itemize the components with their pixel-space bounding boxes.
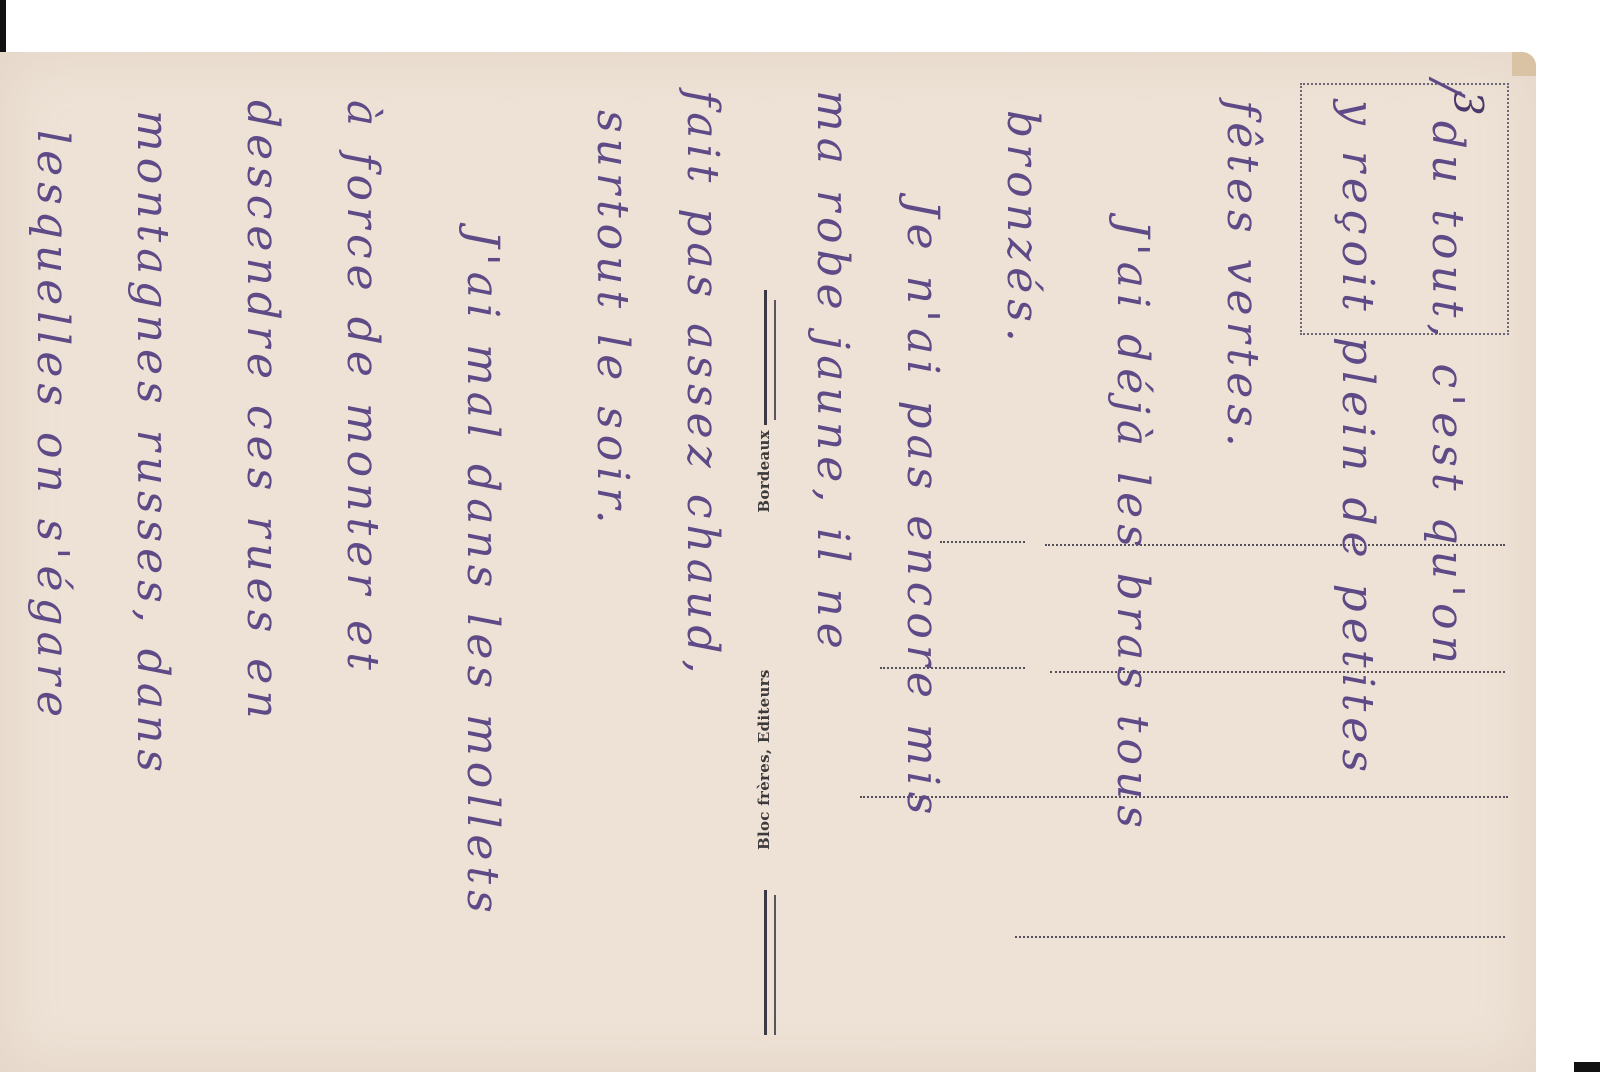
- scan-edge: [1574, 1062, 1600, 1072]
- handwriting-line: bronzés.: [1000, 110, 1044, 348]
- handwriting-line: à force de monter et: [340, 100, 384, 676]
- divider-line: [774, 895, 776, 1035]
- divider-line: [774, 300, 776, 420]
- handwriting-line: descendre ces rues en: [240, 100, 284, 725]
- divider-line: [764, 290, 767, 425]
- address-line: [860, 796, 1508, 798]
- scan-edge: [0, 0, 6, 52]
- handwriting-line: J'ai déjà les bras tous: [1110, 220, 1154, 834]
- handwriting-line: fait pas assez chaud,: [680, 90, 724, 680]
- address-line: [940, 541, 1025, 543]
- handwriting-line: montagnes russes, dans: [130, 110, 174, 778]
- handwriting-line: J'ai mal dans les mollets: [460, 230, 504, 919]
- address-line: [1015, 936, 1505, 938]
- handwriting-line: fêtes vertes.: [1220, 100, 1264, 453]
- handwriting-line: Je n'ai pas encore mis: [900, 200, 944, 820]
- divider-line: [764, 890, 767, 1035]
- handwriting-line: lesquelles on s'égare: [30, 130, 74, 723]
- handwriting-line: ma robe jaune, il ne: [810, 90, 854, 655]
- corner-wear: [1512, 52, 1536, 76]
- handwriting-line: surtout le soir.: [590, 110, 634, 530]
- handwriting-line: y reçoit plein de petites: [1335, 100, 1379, 778]
- handwriting-line: / du tout, c'est qu'on: [1425, 80, 1469, 670]
- publisher-name: Bloc frères, Editeurs: [755, 669, 785, 850]
- publisher-imprint: Bloc frères, Editeurs Bordeaux: [755, 430, 785, 850]
- publisher-city: Bordeaux: [755, 430, 785, 513]
